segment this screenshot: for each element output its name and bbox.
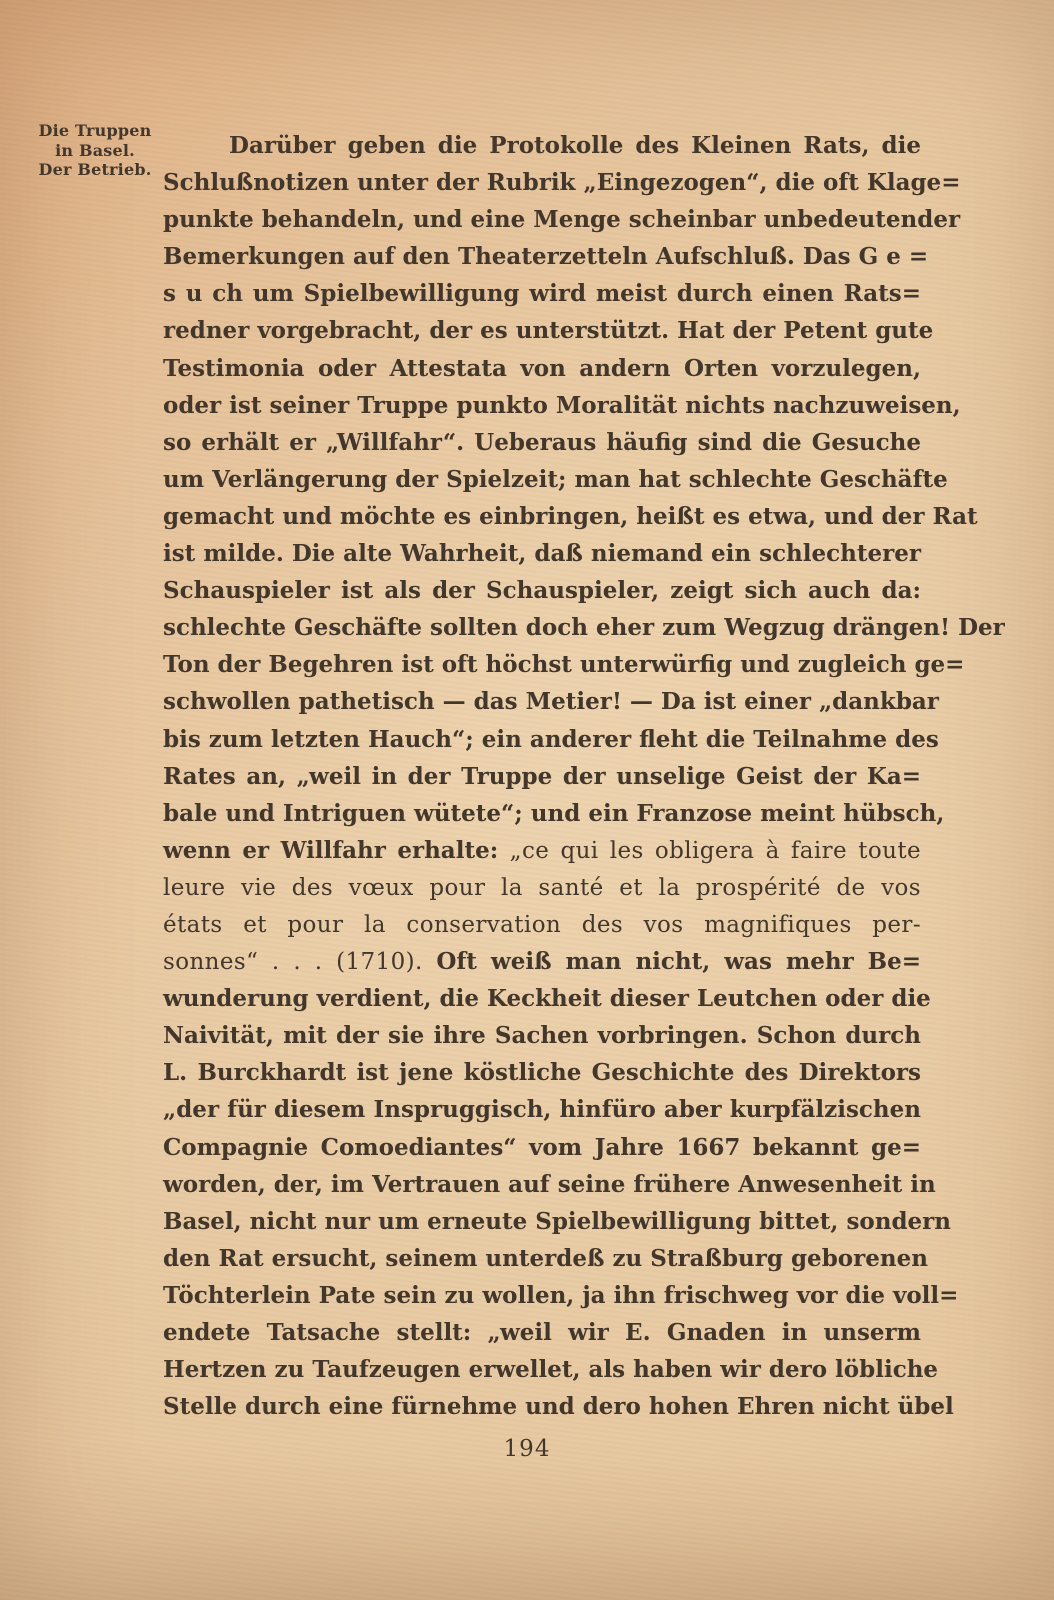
text-segment: bale und Intriguen wütete“; und ein Fran…: [163, 800, 944, 827]
text-segment: Ton der Begehren ist oft höchst unterwür…: [163, 651, 964, 678]
text-line: états et pour la conservation des vos ma…: [163, 906, 921, 943]
text-line: s u ch um Spielbewilligung wird meist du…: [163, 275, 921, 312]
text-segment: schwollen pathetisch — das Metier! — Da …: [163, 688, 939, 715]
text-segment: leure vie des vœux pour la santé et la p…: [163, 875, 921, 901]
body-text: Darüber geben die Protokolle des Kleinen…: [163, 127, 921, 1425]
text-segment: bis zum letzten Hauch“; ein anderer fleh…: [163, 726, 939, 753]
text-segment: redner vorgebracht, der es unterstützt. …: [163, 317, 933, 344]
text-line: schwollen pathetisch — das Metier! — Da …: [163, 683, 921, 720]
text-segment: Rates an, „weil in der Truppe der unseli…: [163, 763, 921, 790]
text-line: sonnes“ . . . (1710). Oft weiß man nicht…: [163, 943, 921, 980]
text-line: Darüber geben die Protokolle des Kleinen…: [163, 127, 921, 164]
margin-note: Die Truppen in Basel. Der Betrieb.: [24, 121, 166, 180]
text-segment: Oft weiß man nicht, was mehr Be=: [436, 948, 921, 975]
text-line: Testimonia oder Attestata von andern Ort…: [163, 350, 921, 387]
text-line: Basel, nicht nur um erneute Spielbewilli…: [163, 1203, 921, 1240]
text-line: leure vie des vœux pour la santé et la p…: [163, 869, 921, 906]
text-segment: gemacht und möchte es einbringen, heißt …: [163, 503, 978, 530]
text-line: Compagnie Comoediantes“ vom Jahre 1667 b…: [163, 1129, 921, 1166]
text-segment: Töchterlein Pate sein zu wollen, ja ihn …: [163, 1282, 958, 1309]
text-segment: punkte behandeln, und eine Menge scheinb…: [163, 206, 960, 233]
text-line: Schauspieler ist als der Schauspieler, z…: [163, 572, 921, 609]
text-segment: ist milde. Die alte Wahrheit, daß nieman…: [163, 540, 921, 567]
text-segment: Basel, nicht nur um erneute Spielbewilli…: [163, 1208, 951, 1235]
text-line: bale und Intriguen wütete“; und ein Fran…: [163, 795, 921, 832]
text-segment: wunderung verdient, die Keckheit dieser …: [163, 985, 931, 1012]
text-segment: worden, der, im Vertrauen auf seine früh…: [163, 1171, 936, 1198]
text-segment: Bemerkungen auf den Theaterzetteln Aufsc…: [163, 243, 928, 270]
text-line: wenn er Willfahr erhalte: „ce qui les ob…: [163, 832, 921, 869]
text-line: ist milde. Die alte Wahrheit, daß nieman…: [163, 535, 921, 572]
text-line: Ton der Begehren ist oft höchst unterwür…: [163, 646, 921, 683]
text-segment: so erhält er „Willfahr“. Ueberaus häufig…: [163, 429, 921, 456]
margin-note-line: Die Truppen: [24, 121, 166, 141]
text-segment: „der für diesem Inspruggisch, hinfüro ab…: [163, 1096, 921, 1123]
text-segment: Stelle durch eine fürnehme und dero hohe…: [163, 1393, 954, 1420]
text-line: Töchterlein Pate sein zu wollen, ja ihn …: [163, 1277, 921, 1314]
text-line: wunderung verdient, die Keckheit dieser …: [163, 980, 921, 1017]
text-line: bis zum letzten Hauch“; ein anderer fleh…: [163, 721, 921, 758]
text-line: oder ist seiner Truppe punkto Moralität …: [163, 387, 921, 424]
text-line: redner vorgebracht, der es unterstützt. …: [163, 312, 921, 349]
text-line: Naivität, mit der sie ihre Sachen vorbri…: [163, 1017, 921, 1054]
text-segment: schlechte Geschäfte sollten doch eher zu…: [163, 614, 1005, 641]
text-line: Bemerkungen auf den Theaterzetteln Aufsc…: [163, 238, 921, 275]
text-line: Rates an, „weil in der Truppe der unseli…: [163, 758, 921, 795]
text-segment: wenn er Willfahr erhalte:: [163, 837, 510, 864]
text-segment: „ce qui les obligera à faire toute: [510, 838, 921, 864]
text-segment: Schlußnotizen unter der Rubrik „Eingezog…: [163, 169, 960, 196]
text-segment: oder ist seiner Truppe punkto Moralität …: [163, 392, 961, 419]
text-line: schlechte Geschäfte sollten doch eher zu…: [163, 609, 921, 646]
margin-note-line: in Basel.: [24, 141, 166, 161]
text-segment: Compagnie Comoediantes“ vom Jahre 1667 b…: [163, 1134, 921, 1161]
text-line: „der für diesem Inspruggisch, hinfüro ab…: [163, 1091, 921, 1128]
text-line: um Verlängerung der Spielzeit; man hat s…: [163, 461, 921, 498]
text-segment: L. Burckhardt ist jene köstliche Geschic…: [163, 1059, 921, 1086]
text-line: Stelle durch eine fürnehme und dero hohe…: [163, 1388, 921, 1425]
text-segment: endete Tatsache stellt: „weil wir E. Gna…: [163, 1319, 921, 1346]
text-segment: den Rat ersucht, seinem unterdeß zu Stra…: [163, 1245, 928, 1272]
text-line: punkte behandeln, und eine Menge scheinb…: [163, 201, 921, 238]
text-segment: Naivität, mit der sie ihre Sachen vorbri…: [163, 1022, 921, 1049]
text-line: den Rat ersucht, seinem unterdeß zu Stra…: [163, 1240, 921, 1277]
text-segment: Hertzen zu Taufzeugen erwellet, als habe…: [163, 1356, 938, 1383]
text-line: endete Tatsache stellt: „weil wir E. Gna…: [163, 1314, 921, 1351]
text-line: Hertzen zu Taufzeugen erwellet, als habe…: [163, 1351, 921, 1388]
margin-note-line: Der Betrieb.: [24, 160, 166, 180]
text-segment: um Verlängerung der Spielzeit; man hat s…: [163, 466, 948, 493]
text-segment: s u ch um Spielbewilligung wird meist du…: [163, 280, 921, 307]
page-number: 194: [0, 1436, 1054, 1462]
text-segment: sonnes“ . . . (1710).: [163, 949, 436, 975]
text-segment: Schauspieler ist als der Schauspieler, z…: [163, 577, 921, 604]
text-line: so erhält er „Willfahr“. Ueberaus häufig…: [163, 424, 921, 461]
text-line: worden, der, im Vertrauen auf seine früh…: [163, 1166, 921, 1203]
text-segment: Testimonia oder Attestata von andern Ort…: [163, 355, 921, 382]
text-line: L. Burckhardt ist jene köstliche Geschic…: [163, 1054, 921, 1091]
text-segment: Darüber geben die Protokolle des Kleinen…: [229, 132, 921, 159]
text-segment: états et pour la conservation des vos ma…: [163, 912, 921, 938]
text-line: gemacht und möchte es einbringen, heißt …: [163, 498, 921, 535]
book-page: Die Truppen in Basel. Der Betrieb. Darüb…: [0, 0, 1054, 1600]
text-line: Schlußnotizen unter der Rubrik „Eingezog…: [163, 164, 921, 201]
